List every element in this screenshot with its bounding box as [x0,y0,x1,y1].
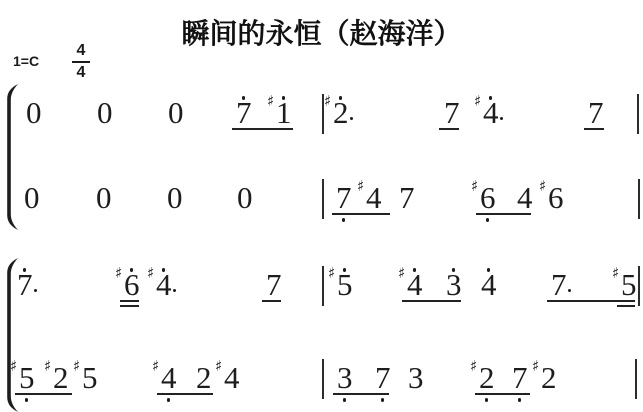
note: 7 [512,363,528,393]
octave-up-dot [452,268,456,272]
sharp-accidental: ♯ [471,179,478,194]
note: 2 [196,363,212,393]
augmentation-dot [500,117,503,120]
barline [322,179,324,219]
note-digit: 4 [517,180,533,215]
beam [15,393,72,395]
octave-down-dot [342,218,346,222]
rest: 0 [168,98,184,128]
score: 00071♯2♯74♯7000074♯76♯46♯76♯4♯75♯4♯3475♯… [0,0,643,412]
note-digit: 5 [621,267,637,302]
note: 4♯ [366,183,382,213]
octave-down-dot [25,398,29,402]
note-digit: 2 [541,360,557,395]
note-digit: 3 [337,360,353,395]
sharp-accidental: ♯ [152,359,159,374]
barline [322,359,324,399]
sharp-accidental: ♯ [73,359,80,374]
note: 4 [517,183,533,213]
note-digit: 7 [551,267,567,302]
note-digit: 5 [19,360,35,395]
note: 7 [336,183,352,213]
note-digit: 0 [237,180,253,215]
note-digit: 7 [399,180,415,215]
note: 6♯ [124,270,140,300]
octave-up-dot [487,268,491,272]
octave-up-dot [343,268,347,272]
note: 7 [375,363,391,393]
note-digit: 7 [588,95,604,130]
note: 3 [408,363,424,393]
note-digit: 1 [276,95,292,130]
augmentation-dot [568,289,571,292]
note-digit: 5 [82,360,98,395]
augmentation-dot [34,289,37,292]
note-digit: 7 [375,360,391,395]
note: 4♯ [161,363,177,393]
note: 2♯ [53,363,69,393]
beam [262,300,281,302]
rest: 0 [96,183,112,213]
augmentation-dot [173,289,176,292]
beam [475,393,530,395]
note-digit: 6 [548,180,564,215]
note-digit: 0 [167,180,183,215]
note-digit: 7 [236,95,252,130]
note: 4♯ [224,363,240,393]
octave-down-dot [167,398,171,402]
beam [617,305,635,307]
grand-staff-bracket [2,84,20,230]
note: 3 [446,270,462,300]
beam [439,128,459,130]
note: 7 [551,270,567,300]
note: 2♯ [333,98,349,128]
octave-down-dot [343,398,347,402]
sharp-accidental: ♯ [10,359,17,374]
beam [157,393,213,395]
note: 5♯ [82,363,98,393]
barline [322,266,324,306]
octave-up-dot [282,96,286,100]
note: 2♯ [541,363,557,393]
note-digit: 7 [512,360,528,395]
note-digit: 7 [336,180,352,215]
beam [120,300,139,302]
sharp-accidental: ♯ [532,359,539,374]
note: 5♯ [621,270,637,300]
sharp-accidental: ♯ [44,359,51,374]
rest: 0 [237,183,253,213]
note-digit: 0 [26,95,42,130]
rest: 0 [167,183,183,213]
octave-up-dot [242,96,246,100]
note-digit: 2 [196,360,212,395]
note-digit: 4 [161,360,177,395]
sharp-accidental: ♯ [612,266,619,281]
note: 4 [481,270,497,300]
sharp-accidental: ♯ [474,94,481,109]
note: 2♯ [479,363,495,393]
octave-down-dot [486,218,490,222]
note-digit: 4 [156,267,172,302]
note: 4♯ [156,270,172,300]
note: 4♯ [407,270,423,300]
note-digit: 0 [168,95,184,130]
note: 5♯ [19,363,35,393]
note-digit: 2 [53,360,69,395]
note: 7 [236,98,252,128]
note-digit: 5 [337,267,353,302]
note: 6♯ [548,183,564,213]
sharp-accidental: ♯ [470,359,477,374]
barline [635,359,637,399]
rest: 0 [97,98,113,128]
rest: 0 [26,98,42,128]
beam [232,128,293,130]
note-digit: 3 [408,360,424,395]
note-digit: 4 [407,267,423,302]
note: 6♯ [480,183,496,213]
note-digit: 7 [444,95,460,130]
octave-up-dot [413,268,417,272]
sharp-accidental: ♯ [267,94,274,109]
note: 7 [588,98,604,128]
barline [638,266,640,306]
barline [637,94,639,134]
beam [547,300,635,302]
sharp-accidental: ♯ [328,266,335,281]
note-digit: 2 [333,95,349,130]
note-digit: 0 [97,95,113,130]
note: 7 [399,183,415,213]
rest: 0 [24,183,40,213]
octave-up-dot [162,268,166,272]
beam [332,213,390,215]
octave-down-dot [485,398,489,402]
note-digit: 0 [96,180,112,215]
note: 7 [17,270,33,300]
note: 4♯ [483,98,499,128]
note: 7 [444,98,460,128]
sharp-accidental: ♯ [215,359,222,374]
octave-up-dot [339,96,343,100]
note-digit: 6 [480,180,496,215]
note-digit: 4 [366,180,382,215]
sheet-music-page: 瞬间的永恒（赵海洋） 1=C 4 4 00071♯2♯74♯7000074♯76… [0,0,643,412]
note-digit: 4 [483,95,499,130]
beam [402,300,461,302]
note: 5♯ [337,270,353,300]
note-digit: 4 [224,360,240,395]
note: 7 [266,270,282,300]
octave-down-dot [518,398,522,402]
barline [638,179,640,219]
note-digit: 7 [266,267,282,302]
octave-up-dot [130,268,134,272]
octave-up-dot [489,96,493,100]
octave-down-dot [381,398,385,402]
sharp-accidental: ♯ [324,94,331,109]
beam [120,305,139,307]
beam [476,213,531,215]
sharp-accidental: ♯ [539,179,546,194]
note: 3 [337,363,353,393]
beam [584,128,604,130]
octave-up-dot [23,268,27,272]
note-digit: 3 [446,267,462,302]
sharp-accidental: ♯ [398,266,405,281]
note-digit: 0 [24,180,40,215]
sharp-accidental: ♯ [357,179,364,194]
note-digit: 2 [479,360,495,395]
note-digit: 4 [481,267,497,302]
note-digit: 6 [124,267,140,302]
sharp-accidental: ♯ [147,266,154,281]
beam [333,393,389,395]
note-digit: 7 [17,267,33,302]
sharp-accidental: ♯ [115,266,122,281]
augmentation-dot [350,117,353,120]
note: 1♯ [276,98,292,128]
